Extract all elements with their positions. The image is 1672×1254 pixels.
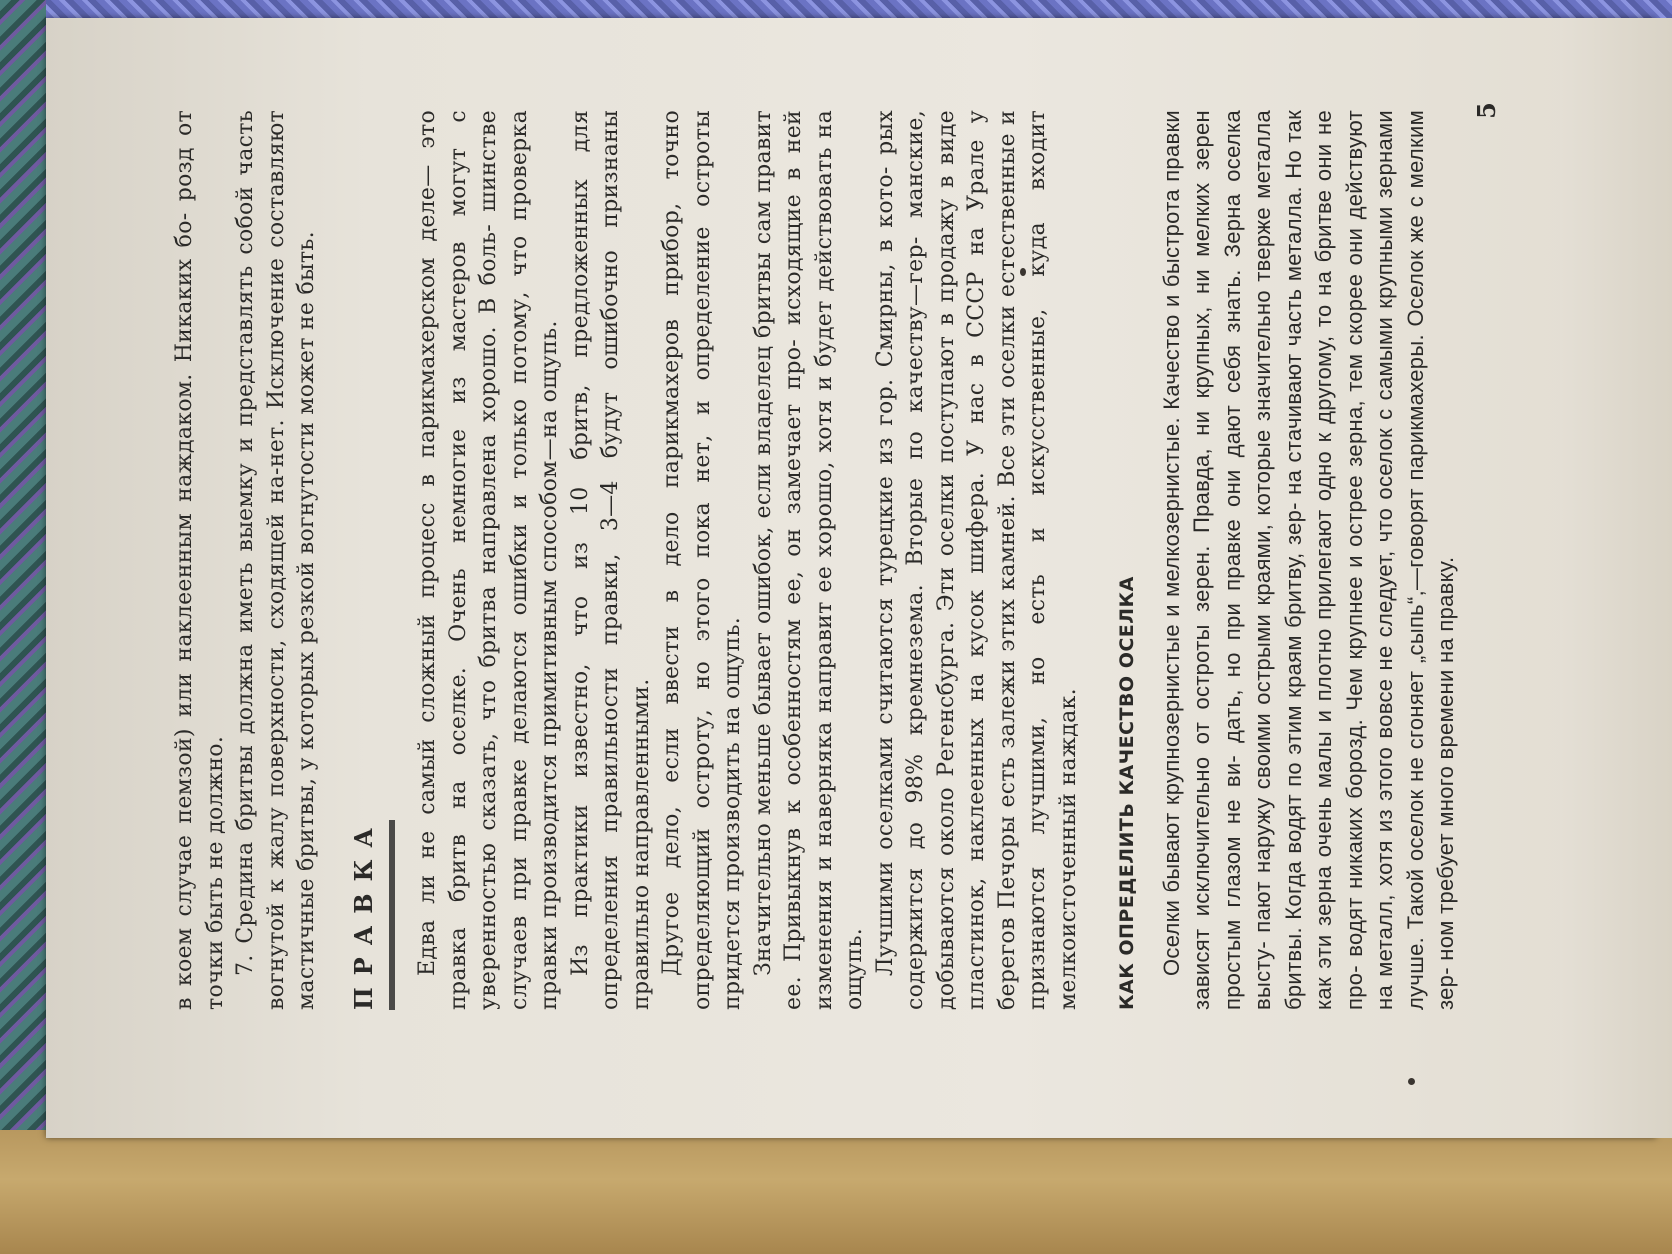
ink-spot — [1020, 268, 1026, 276]
underlying-page-edge — [0, 1130, 1672, 1254]
paragraph: Оселки бывают крупнозернистые и мелкозер… — [1157, 110, 1462, 1010]
paragraph-continued: в коем случае пемзой) или наклеенным наж… — [170, 110, 231, 1010]
paragraph: Лучшими оселками считаются турецкие из г… — [871, 110, 1085, 1010]
binding-hole — [1408, 1078, 1415, 1085]
paragraph: Едва ли не самый сложный процесс в парик… — [413, 110, 566, 1010]
page-right-edge — [1560, 18, 1672, 1138]
page-text-block: в коем случае пемзой) или наклеенным наж… — [170, 110, 1510, 1010]
section-heading-oselok-quality: КАК ОПРЕДЕЛИТЬ КАЧЕСТВО ОСЕЛКА — [1112, 110, 1143, 1010]
paragraph: Из практики известно, что из 10 бритв, п… — [566, 110, 658, 1010]
fabric-pattern-left — [0, 0, 46, 1254]
heading-underline-rule — [389, 820, 395, 1010]
paragraph: Другое дело, если ввести в дело парикмах… — [657, 110, 749, 1010]
section-heading-pravka: ПРАВКА — [349, 110, 380, 1010]
paragraph-item-7: 7. Средина бритвы должна иметь выемку и … — [231, 110, 323, 1010]
paragraph: Значительно меньше бывает ошибок, если в… — [749, 110, 871, 1010]
